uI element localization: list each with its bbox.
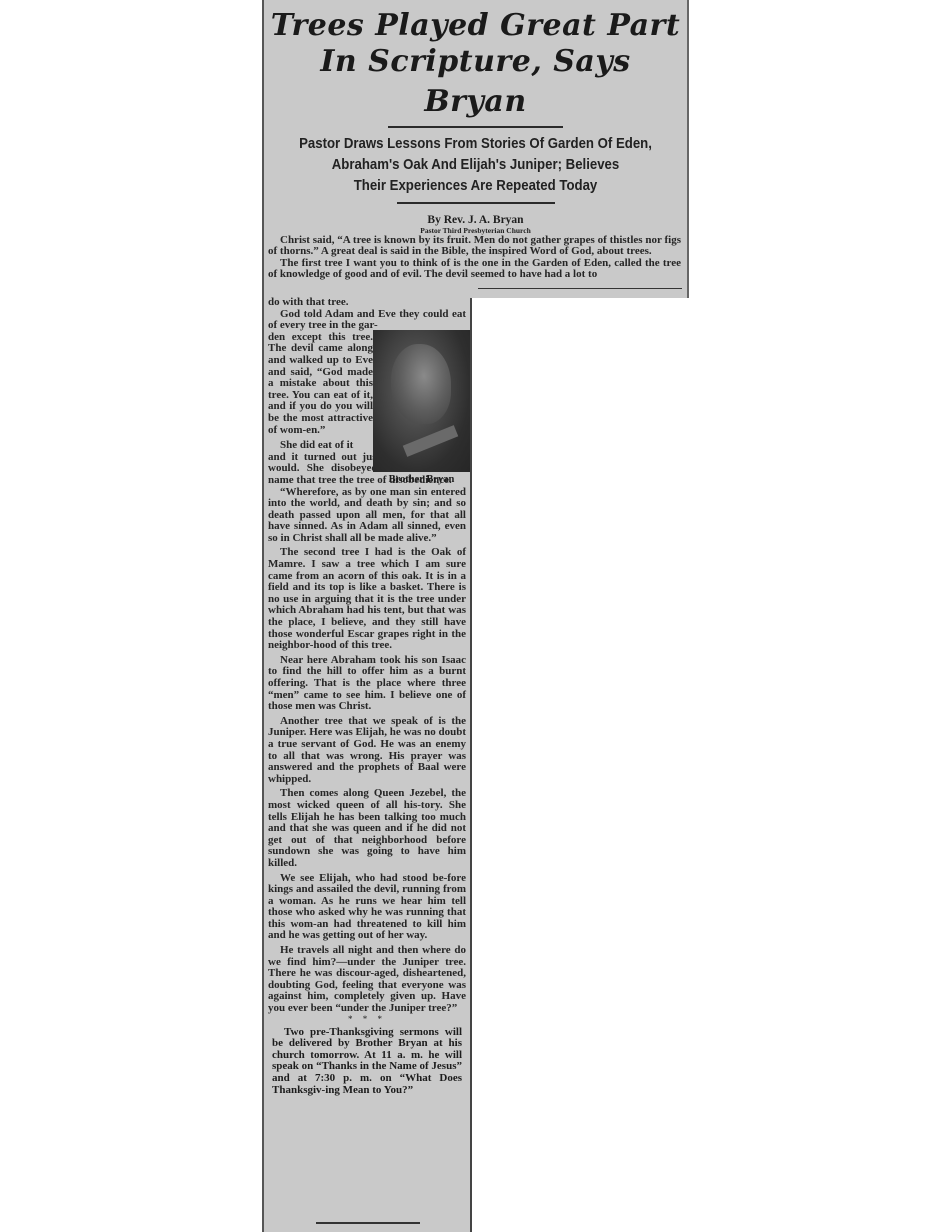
section-separator: * * * — [264, 1015, 470, 1023]
paragraph-4-narrow: She did eat of it — [268, 440, 373, 452]
paragraph-3-narrow: den except this tree. The devil came alo… — [268, 332, 373, 436]
portrait-face — [391, 344, 451, 424]
paragraph-2: The first tree I want you to think of is… — [268, 258, 681, 281]
end-rule — [316, 1222, 420, 1224]
portrait-collar — [403, 425, 458, 457]
paragraph-6: The second tree I had is the Oak of Mamr… — [268, 547, 466, 651]
paragraph-2-continued: do with that tree. — [268, 297, 466, 309]
paragraph-9: Then comes along Queen Jezebel, the most… — [268, 788, 466, 869]
paragraph-1: Christ said, “A tree is known by its fru… — [268, 235, 681, 258]
headline-rule — [388, 126, 563, 128]
portrait-photo — [373, 330, 470, 472]
paragraph-10: We see Elijah, who had stood be-fore kin… — [268, 873, 466, 943]
headline-line-2: In Scripture, Says Bryan — [264, 42, 687, 122]
article-column: do with that tree. God told Adam and Eve… — [262, 298, 472, 1232]
paragraph-7: Near here Abraham took his son Isaac to … — [268, 655, 466, 713]
deck-rule — [397, 202, 555, 204]
paragraph-5: “Wherefore, as by one man sin entered in… — [268, 487, 466, 545]
deck-line-2: Abraham's Oak And Elijah's Juniper; Beli… — [295, 154, 657, 175]
deck-line-3: Their Experiences Are Repeated Today — [295, 175, 657, 196]
headline-line-1: Trees Played Great Part — [264, 6, 687, 46]
deck-headline: Pastor Draws Lessons From Stories Of Gar… — [295, 133, 657, 196]
paragraph-11: He travels all night and then where do w… — [268, 945, 466, 1015]
paragraph-2-text: The first tree I want you to think of is… — [268, 257, 681, 281]
photo-caption: Brother Bryan — [373, 474, 470, 485]
deck-line-1: Pastor Draws Lessons From Stories Of Gar… — [275, 133, 675, 154]
paragraph-8: Another tree that we speak of is the Jun… — [268, 716, 466, 786]
paragraph-3-wide: God told Adam and Eve they could eat of … — [268, 309, 466, 332]
headline: Trees Played Great Part In Scripture, Sa… — [264, 6, 687, 122]
column-break-rule — [478, 288, 682, 289]
byline: By Rev. J. A. Bryan — [264, 214, 687, 226]
article-header-block: Trees Played Great Part In Scripture, Sa… — [262, 0, 689, 298]
sermon-notice: Two pre-Thanksgiving sermons will be del… — [272, 1027, 462, 1097]
